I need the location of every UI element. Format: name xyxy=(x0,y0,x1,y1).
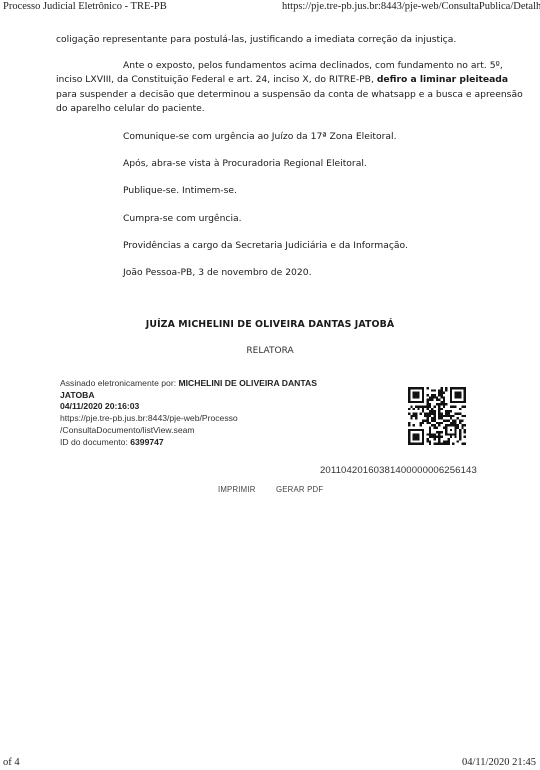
paragraph: Providências a cargo da Secretaria Judic… xyxy=(123,239,408,254)
page-url: https://pje.tre-pb.jus.br:8443/pje-web/C… xyxy=(282,1,540,12)
print-datetime: 04/11/2020 21:45 xyxy=(462,757,536,768)
signer-name: MICHELINI DE OLIVEIRA DANTAS xyxy=(178,378,316,388)
qr-code-icon xyxy=(408,386,466,446)
print-footer: of 4 04/11/2020 21:45 xyxy=(0,756,540,770)
paragraph-line: para suspender a decisão que determinou … xyxy=(56,88,480,103)
signature-datetime: 04/11/2020 20:16:03 xyxy=(60,401,340,413)
judge-name: JUÍZA MICHELINI DE OLIVEIRA DANTAS JATOB… xyxy=(0,319,540,330)
decision-highlight: defiro a liminar pleiteada xyxy=(377,74,508,85)
signature-block: Assinado eletronicamente por: MICHELINI … xyxy=(60,378,340,448)
verification-url: https://pje.tre-pb.jus.br:8443/pje-web/P… xyxy=(60,413,340,425)
paragraph-line: coligação representante para postulá-las… xyxy=(56,33,456,48)
paragraph-line: Ante o exposto, pelos fundamentos acima … xyxy=(123,59,480,74)
date-line: João Pessoa-PB, 3 de novembro de 2020. xyxy=(123,266,312,281)
print-header: Processo Judicial Eletrônico - TRE-PB ht… xyxy=(0,0,540,14)
paragraph: Comunique-se com urgência ao Juízo da 17… xyxy=(123,130,397,145)
page-title: Processo Judicial Eletrônico - TRE-PB xyxy=(3,1,167,12)
paragraph-line: inciso LXVIII, da Constituição Federal e… xyxy=(56,73,480,88)
page-counter: of 4 xyxy=(3,757,20,768)
paragraph: Após, abra-se vista à Procuradoria Regio… xyxy=(123,157,367,172)
document-id: 6399747 xyxy=(130,437,163,447)
verification-code: 20110420160381400000006256143 xyxy=(320,465,477,476)
paragraph-line: do aparelho celular do paciente. xyxy=(56,102,205,117)
generate-pdf-button[interactable]: GERAR PDF xyxy=(276,485,323,494)
judge-role: RELATORA xyxy=(0,346,540,356)
print-button[interactable]: IMPRIMIR xyxy=(218,485,256,494)
paragraph: Cumpra-se com urgência. xyxy=(123,212,242,227)
paragraph: Publique-se. Intimem-se. xyxy=(123,184,237,199)
